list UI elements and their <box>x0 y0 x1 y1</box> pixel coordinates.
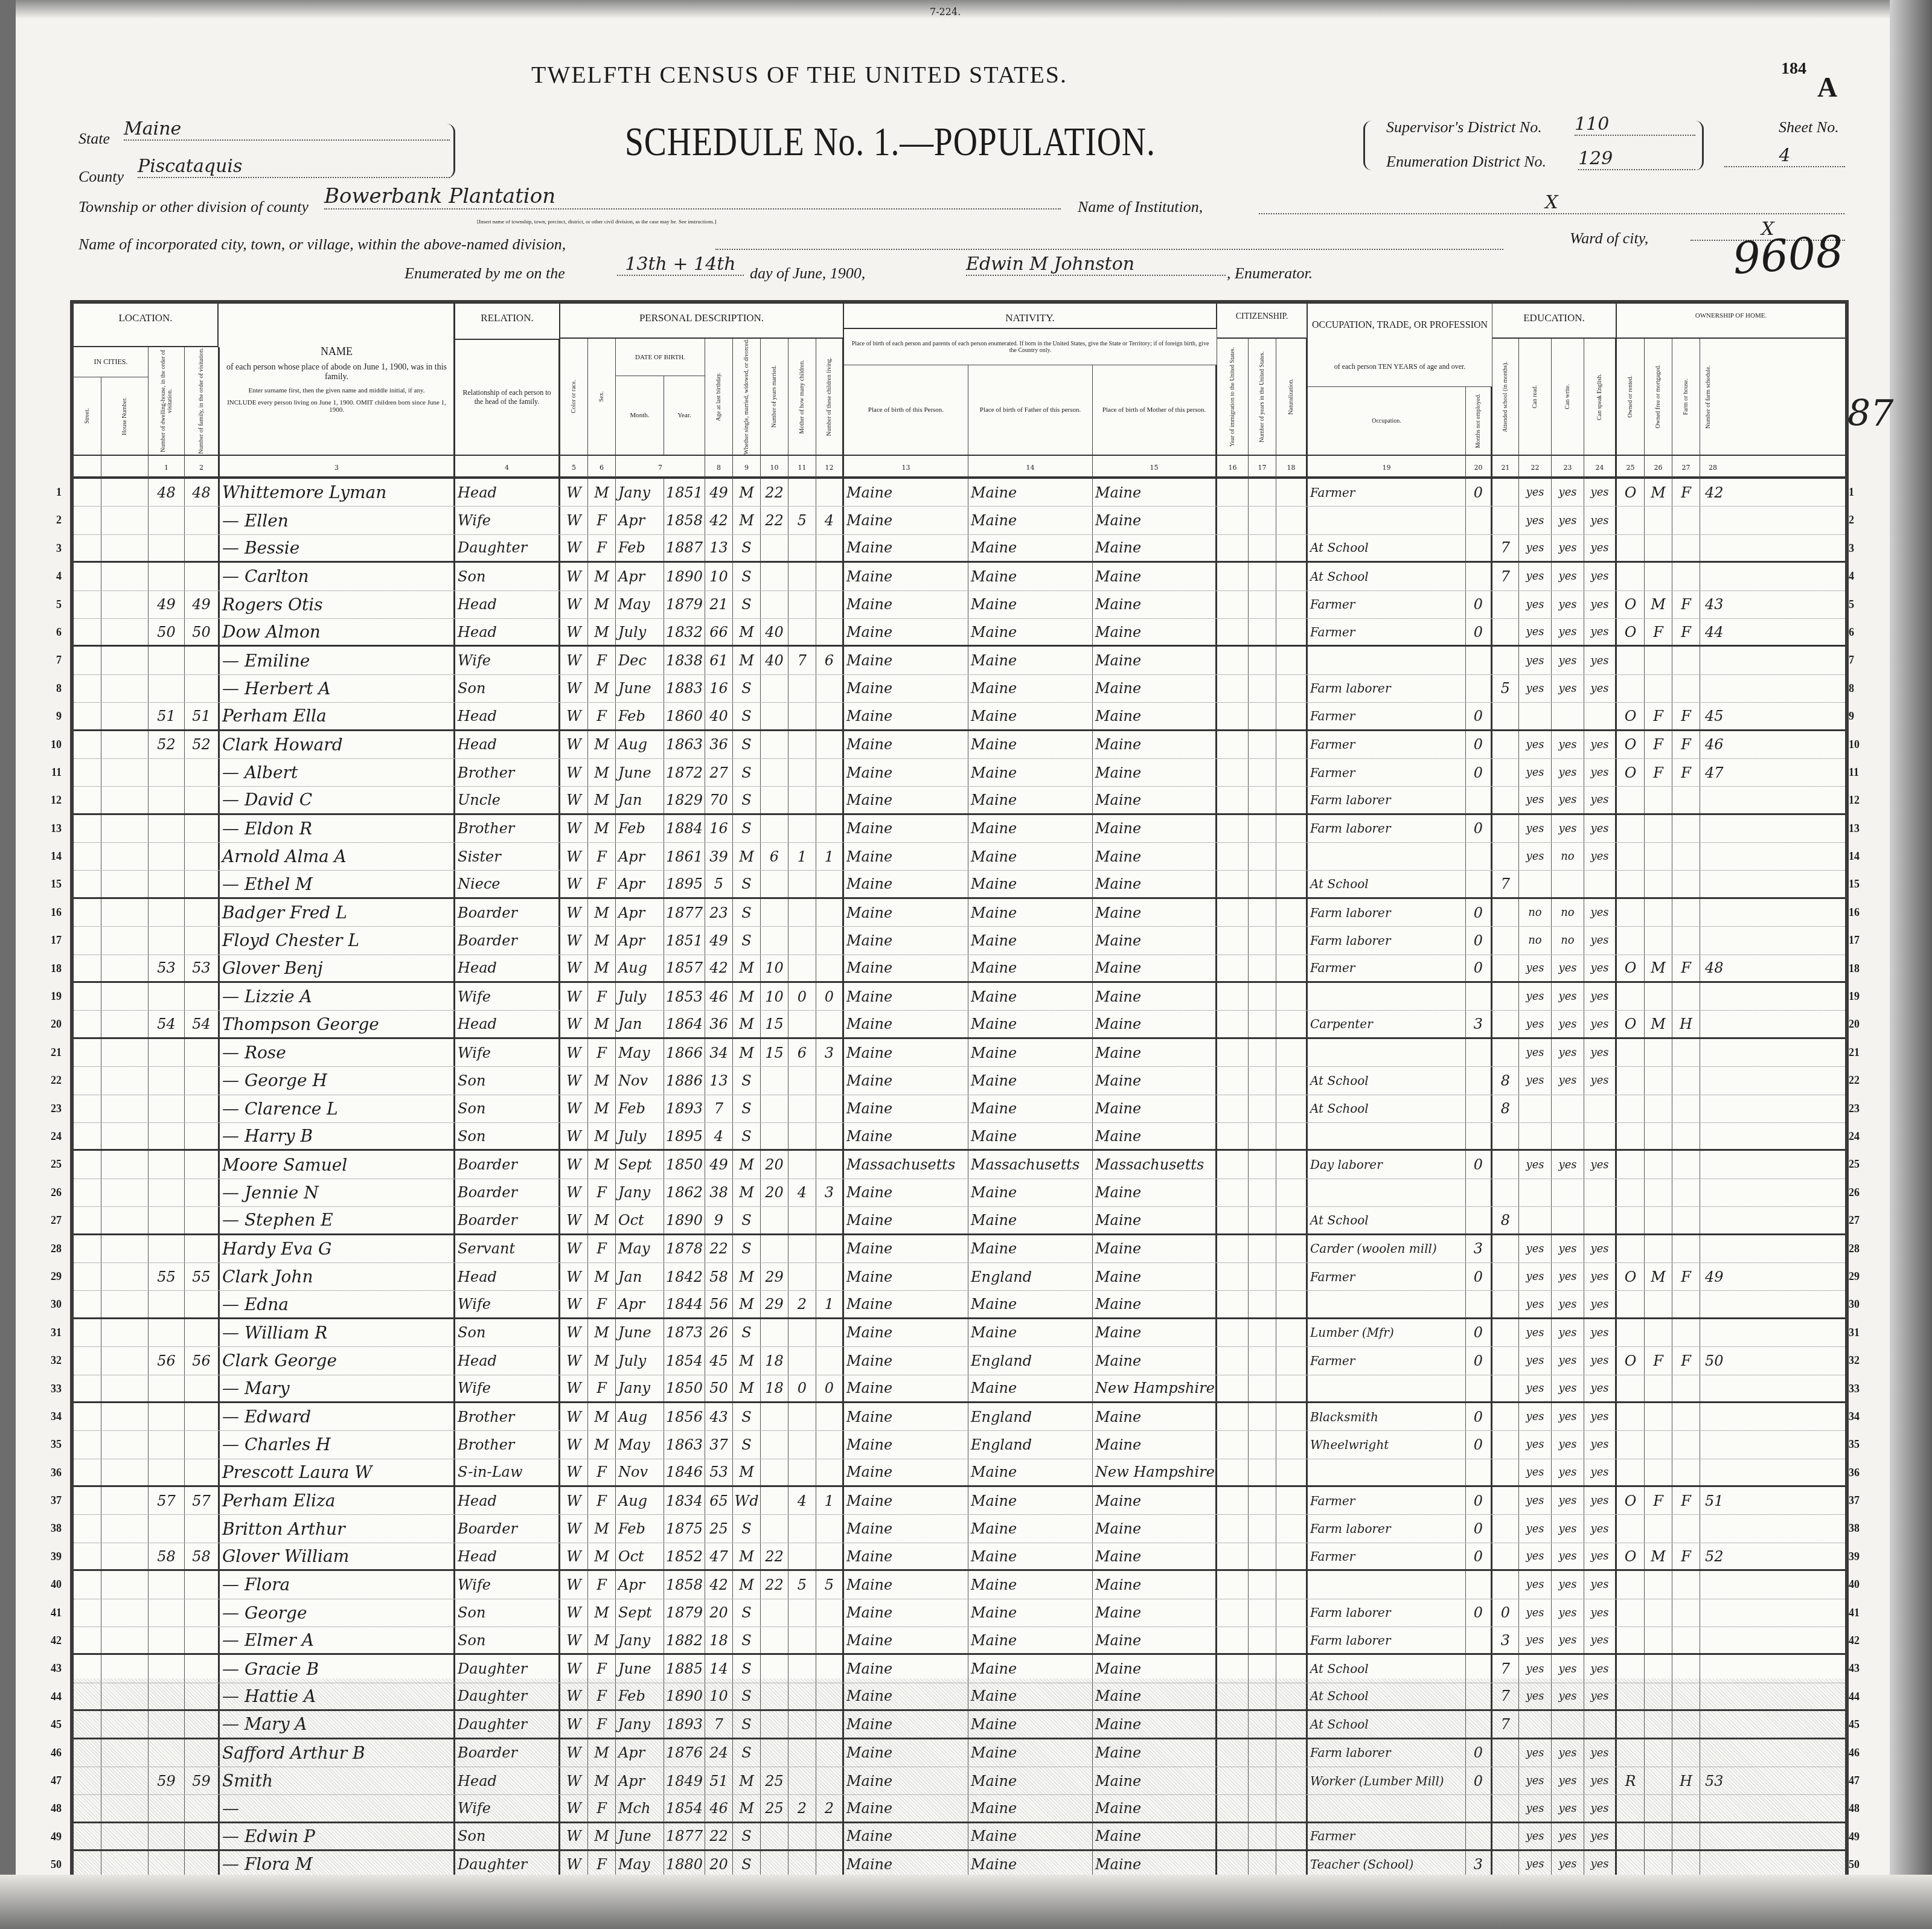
mother-of-cell: 7 <box>788 647 816 674</box>
line-number-left: 7 <box>37 654 62 667</box>
can-write-cell: yes <box>1552 1627 1584 1653</box>
birth-month-cell: Oct <box>616 1207 664 1233</box>
mother-of-cell <box>788 731 816 758</box>
occupation-cell: Farm laborer <box>1308 815 1466 842</box>
page-letter: A <box>1817 71 1837 103</box>
name-cell: — George H <box>220 1067 455 1094</box>
farm-house-cell <box>1672 1795 1700 1821</box>
birth-year-cell: 1851 <box>664 927 705 954</box>
immigration-cell <box>1217 1263 1249 1290</box>
owned-rented-cell <box>1617 1515 1645 1542</box>
line-number-right: 45 <box>1849 1718 1869 1731</box>
can-write-cell: yes <box>1552 591 1584 618</box>
age-cell: 22 <box>705 1823 733 1849</box>
can-speak-english-cell: yes <box>1584 1151 1617 1178</box>
can-write-cell: yes <box>1552 1739 1584 1767</box>
can-read-cell <box>1519 703 1552 729</box>
relation-cell: Wife <box>455 1039 560 1066</box>
naturalization-cell <box>1276 1235 1308 1262</box>
sex-cell: M <box>588 759 616 786</box>
house-number-cell <box>101 1515 149 1542</box>
mother-birthplace-cell: Maine <box>1093 759 1217 786</box>
unemployed-cell <box>1466 1711 1492 1737</box>
birthplace-cell: Maine <box>844 1599 968 1627</box>
free-mortgaged-cell: F <box>1645 759 1672 786</box>
school-cell <box>1492 1291 1519 1317</box>
mother-birthplace-cell: Maine <box>1093 647 1217 674</box>
mother-birthplace-cell: New Hampshire <box>1093 1459 1217 1485</box>
table-row: 5 49 49 Rogers Otis Head W M May 1879 21… <box>74 591 1845 619</box>
line-number-left: 42 <box>37 1634 62 1647</box>
name-cell: Glover William <box>220 1543 455 1569</box>
col-free-mortgaged: Owned free or mortgaged. <box>1655 365 1662 429</box>
name-cell: Glover Benj <box>220 955 455 981</box>
family-cell: 48 <box>185 479 220 506</box>
can-speak-english-cell <box>1584 1179 1617 1206</box>
immigration-cell <box>1217 535 1249 561</box>
colnum-8: 8 <box>705 455 733 479</box>
unemployed-cell <box>1466 843 1492 870</box>
can-read-cell: yes <box>1519 1795 1552 1821</box>
age-cell: 36 <box>705 731 733 758</box>
family-cell <box>185 1039 220 1066</box>
farm-schedule-cell <box>1700 1151 1845 1178</box>
mother-birthplace-cell: Maine <box>1093 675 1217 702</box>
birthplace-cell: Maine <box>844 1095 968 1122</box>
school-cell: 8 <box>1492 1207 1519 1233</box>
mother-of-cell: 5 <box>788 1571 816 1598</box>
father-birthplace-cell: Maine <box>968 1123 1093 1149</box>
age-cell: 10 <box>705 563 733 590</box>
owned-rented-cell <box>1617 535 1645 561</box>
occupation-cell: Farmer <box>1308 479 1466 506</box>
owned-rented-cell <box>1617 1095 1645 1122</box>
table-row: 24 — Harry B Son W M July 1895 4 S Maine… <box>74 1123 1845 1151</box>
farm-house-cell <box>1672 1067 1700 1094</box>
line-number-left: 24 <box>37 1130 62 1143</box>
name-cell: — Clarence L <box>220 1095 455 1122</box>
birthplace-cell: Maine <box>844 899 968 926</box>
race-cell: W <box>560 1683 588 1709</box>
county-field: Piscataquis <box>138 156 450 178</box>
name-cell: Clark John <box>220 1263 455 1290</box>
dwelling-cell <box>149 1319 185 1346</box>
children-living-cell <box>816 1263 844 1290</box>
occupation-cell <box>1308 507 1466 534</box>
race-cell: W <box>560 1291 588 1317</box>
mother-of-cell <box>788 1319 816 1346</box>
race-cell: W <box>560 1095 588 1122</box>
school-cell <box>1492 1039 1519 1066</box>
relation-cell: Brother <box>455 759 560 786</box>
free-mortgaged-cell <box>1645 1851 1672 1877</box>
relation-cell: Boarder <box>455 1739 560 1767</box>
father-birthplace-cell: Maine <box>968 1095 1093 1122</box>
years-us-cell <box>1249 675 1276 702</box>
children-living-cell: 3 <box>816 1179 844 1206</box>
can-read-cell: yes <box>1519 1459 1552 1485</box>
birth-year-cell: 1873 <box>664 1319 705 1346</box>
street-cell <box>74 1711 101 1737</box>
farm-schedule-cell <box>1700 1627 1845 1653</box>
farm-house-cell <box>1672 1123 1700 1149</box>
years-us-cell <box>1249 731 1276 758</box>
owned-rented-cell <box>1617 787 1645 813</box>
family-cell: 51 <box>185 703 220 729</box>
relation-cell: Head <box>455 1011 560 1037</box>
free-mortgaged-cell <box>1645 1039 1672 1066</box>
unemployed-cell <box>1466 983 1492 1010</box>
mother-birthplace-cell: Maine <box>1093 1655 1217 1682</box>
city-label: Name of incorporated city, town, or vill… <box>78 235 566 254</box>
unemployed-cell: 0 <box>1466 1319 1492 1346</box>
occupation-cell: Carder (woolen mill) <box>1308 1235 1466 1262</box>
owned-rented-cell <box>1617 1851 1645 1877</box>
col-naturalization: Naturalization. <box>1288 379 1294 415</box>
line-number-right: 10 <box>1849 738 1869 751</box>
line-number-left: 23 <box>37 1102 62 1115</box>
relation-cell: Daughter <box>455 535 560 561</box>
dwelling-cell <box>149 1851 185 1877</box>
mother-birthplace-cell: Maine <box>1093 927 1217 954</box>
naturalization-cell <box>1276 563 1308 590</box>
relation-cell: Brother <box>455 1431 560 1458</box>
father-birthplace-cell: Maine <box>968 1487 1093 1514</box>
mother-of-cell <box>788 927 816 954</box>
owned-rented-cell: O <box>1617 619 1645 645</box>
can-write-cell: yes <box>1552 1599 1584 1627</box>
family-cell <box>185 815 220 842</box>
farm-house-cell <box>1672 1151 1700 1178</box>
family-cell <box>185 1375 220 1401</box>
line-number-left: 31 <box>37 1326 62 1339</box>
table-row: 27 — Stephen E Boarder W M Oct 1890 9 S … <box>74 1207 1845 1235</box>
colnum-12: 12 <box>816 455 844 479</box>
race-cell: W <box>560 787 588 813</box>
colnum-18: 18 <box>1276 455 1308 479</box>
mother-birthplace-cell: Maine <box>1093 703 1217 729</box>
years-married-cell <box>761 1319 788 1346</box>
father-birthplace-cell: Maine <box>968 1291 1093 1317</box>
mother-birthplace-cell: Maine <box>1093 1543 1217 1569</box>
can-read-cell: yes <box>1519 1291 1552 1317</box>
family-cell <box>185 675 220 702</box>
free-mortgaged-cell <box>1645 1151 1672 1178</box>
years-married-cell: 10 <box>761 955 788 981</box>
years-us-cell <box>1249 1767 1276 1794</box>
free-mortgaged-cell <box>1645 1095 1672 1122</box>
occupation-cell: Farm laborer <box>1308 1627 1466 1653</box>
naturalization-cell <box>1276 1683 1308 1709</box>
mother-birthplace-cell: Maine <box>1093 1235 1217 1262</box>
relation-cell: Brother <box>455 815 560 842</box>
years-us-cell <box>1249 1599 1276 1627</box>
age-cell: 46 <box>705 983 733 1010</box>
years-us-cell <box>1249 1711 1276 1737</box>
farm-schedule-cell <box>1700 1039 1845 1066</box>
owned-rented-cell: O <box>1617 591 1645 618</box>
school-cell: 7 <box>1492 871 1519 897</box>
ward-label: Ward of city, <box>1570 229 1648 248</box>
can-speak-english-cell: yes <box>1584 787 1617 813</box>
free-mortgaged-cell <box>1645 815 1672 842</box>
school-cell <box>1492 1515 1519 1542</box>
occupation-cell: At School <box>1308 1095 1466 1122</box>
birth-month-cell: Apr <box>616 927 664 954</box>
mother-birthplace-cell: Maine <box>1093 1851 1217 1877</box>
birth-month-cell: Jany <box>616 1179 664 1206</box>
unemployed-cell <box>1466 1291 1492 1317</box>
occupation-cell <box>1308 1571 1466 1598</box>
age-cell: 26 <box>705 1319 733 1346</box>
marital-cell: S <box>733 1067 761 1094</box>
free-mortgaged-cell <box>1645 1403 1672 1430</box>
owned-rented-cell: O <box>1617 759 1645 786</box>
farm-schedule-cell: 51 <box>1700 1487 1845 1514</box>
father-birthplace-cell: Maine <box>968 507 1093 534</box>
table-row: 41 — George Son W M Sept 1879 20 S Maine… <box>74 1599 1845 1627</box>
age-cell: 16 <box>705 675 733 702</box>
can-write-cell: yes <box>1552 1291 1584 1317</box>
birth-year-cell: 1858 <box>664 1571 705 1598</box>
house-number-cell <box>101 1039 149 1066</box>
immigration-cell <box>1217 843 1249 870</box>
house-number-cell <box>101 1683 149 1709</box>
can-read-cell: yes <box>1519 479 1552 506</box>
sex-cell: F <box>588 871 616 897</box>
marital-cell: S <box>733 675 761 702</box>
dwelling-cell: 52 <box>149 731 185 758</box>
table-row: 7 — Emiline Wife W F Dec 1838 61 M 40 7 … <box>74 647 1845 674</box>
sex-cell: F <box>588 703 616 729</box>
sex-cell: M <box>588 675 616 702</box>
can-speak-english-cell: yes <box>1584 1767 1617 1794</box>
marital-cell: S <box>733 1123 761 1149</box>
occupation-cell: At School <box>1308 1067 1466 1094</box>
can-speak-english-cell: yes <box>1584 563 1617 590</box>
marital-cell: S <box>733 1683 761 1709</box>
children-living-cell <box>816 1347 844 1374</box>
street-cell <box>74 927 101 954</box>
immigration-cell <box>1217 1123 1249 1149</box>
race-cell: W <box>560 1627 588 1653</box>
mother-of-cell <box>788 675 816 702</box>
birth-year-cell: 1842 <box>664 1263 705 1290</box>
street-cell <box>74 1599 101 1627</box>
immigration-cell <box>1217 1319 1249 1346</box>
school-cell: 8 <box>1492 1067 1519 1094</box>
col-months-unemployed: Months not employed. <box>1475 394 1482 448</box>
school-cell <box>1492 1459 1519 1485</box>
marital-cell: S <box>733 871 761 897</box>
age-cell: 38 <box>705 1179 733 1206</box>
farm-schedule-cell <box>1700 1459 1845 1485</box>
mother-birthplace-cell: Maine <box>1093 1515 1217 1542</box>
line-number-right: 37 <box>1849 1494 1869 1507</box>
unemployed-cell: 0 <box>1466 1151 1492 1178</box>
house-number-cell <box>101 563 149 590</box>
can-speak-english-cell: yes <box>1584 731 1617 758</box>
line-number-left: 2 <box>37 514 62 526</box>
relation-cell: Head <box>455 1347 560 1374</box>
years-married-cell <box>761 1459 788 1485</box>
birthplace-cell: Maine <box>844 871 968 897</box>
relation-cell: Daughter <box>455 1851 560 1877</box>
school-cell <box>1492 1319 1519 1346</box>
children-living-cell <box>816 479 844 506</box>
can-read-cell: yes <box>1519 1039 1552 1066</box>
children-living-cell <box>816 1515 844 1542</box>
children-living-cell: 1 <box>816 1291 844 1317</box>
can-write-cell: yes <box>1552 1067 1584 1094</box>
owned-rented-cell: R <box>1617 1767 1645 1794</box>
age-cell: 65 <box>705 1487 733 1514</box>
farm-schedule-cell <box>1700 1319 1845 1346</box>
marital-cell: S <box>733 563 761 590</box>
age-cell: 37 <box>705 1431 733 1458</box>
table-row: 4 — Carlton Son W M Apr 1890 10 S Maine … <box>74 563 1845 590</box>
farm-house-cell <box>1672 1095 1700 1122</box>
name-cell: Perham Ella <box>220 703 455 729</box>
years-married-cell: 20 <box>761 1179 788 1206</box>
free-mortgaged-cell <box>1645 927 1672 954</box>
owned-rented-cell <box>1617 1711 1645 1737</box>
children-living-cell <box>816 1627 844 1653</box>
sex-cell: M <box>588 1151 616 1178</box>
children-living-cell: 1 <box>816 1487 844 1514</box>
can-write-cell: yes <box>1552 563 1584 590</box>
birth-month-cell: June <box>616 759 664 786</box>
children-living-cell <box>816 563 844 590</box>
race-cell: W <box>560 1655 588 1682</box>
father-birthplace-cell: Maine <box>968 619 1093 645</box>
farm-house-cell <box>1672 1851 1700 1877</box>
can-read-cell: yes <box>1519 647 1552 674</box>
name-cell: — Bessie <box>220 535 455 561</box>
occupation-cell <box>1308 1459 1466 1485</box>
birth-month-cell: July <box>616 1123 664 1149</box>
street-cell <box>74 1347 101 1374</box>
farm-schedule-cell: 52 <box>1700 1543 1845 1569</box>
line-number-left: 4 <box>37 570 62 583</box>
years-married-cell <box>761 1235 788 1262</box>
naturalization-cell <box>1276 871 1308 897</box>
years-us-cell <box>1249 535 1276 561</box>
occupation-cell: Teacher (School) <box>1308 1851 1466 1877</box>
immigration-cell <box>1217 1347 1249 1374</box>
can-speak-english-cell <box>1584 1123 1617 1149</box>
farm-house-cell <box>1672 815 1700 842</box>
birth-month-cell: Aug <box>616 955 664 981</box>
owned-rented-cell <box>1617 1039 1645 1066</box>
school-cell <box>1492 955 1519 981</box>
marital-cell: S <box>733 1207 761 1233</box>
can-write-cell: no <box>1552 927 1584 954</box>
free-mortgaged-cell <box>1645 899 1672 926</box>
birthplace-cell: Maine <box>844 1543 968 1569</box>
street-cell <box>74 1515 101 1542</box>
years-us-cell <box>1249 1067 1276 1094</box>
sex-cell: M <box>588 563 616 590</box>
years-us-cell <box>1249 927 1276 954</box>
race-cell: W <box>560 815 588 842</box>
relation-cell: Wife <box>455 1291 560 1317</box>
house-number-cell <box>101 1095 149 1122</box>
years-married-cell: 22 <box>761 479 788 506</box>
mother-birthplace-cell: Maine <box>1093 619 1217 645</box>
line-number-right: 5 <box>1849 598 1869 611</box>
can-read-cell: yes <box>1519 1431 1552 1458</box>
father-birthplace-cell: Maine <box>968 1543 1093 1569</box>
name-cell: Clark George <box>220 1347 455 1374</box>
occupation-cell: Farm laborer <box>1308 787 1466 813</box>
sex-cell: F <box>588 1291 616 1317</box>
age-cell: 20 <box>705 1599 733 1627</box>
street-cell <box>74 731 101 758</box>
naturalization-cell <box>1276 535 1308 561</box>
name-cell: Perham Eliza <box>220 1487 455 1514</box>
farm-schedule-cell: 46 <box>1700 731 1845 758</box>
mother-of-cell: 6 <box>788 1039 816 1066</box>
years-married-cell: 10 <box>761 983 788 1010</box>
street-cell <box>74 1627 101 1653</box>
mother-of-cell <box>788 1347 816 1374</box>
race-cell: W <box>560 619 588 645</box>
birth-year-cell: 1853 <box>664 983 705 1010</box>
can-speak-english-cell: yes <box>1584 1739 1617 1767</box>
years-married-cell <box>761 1599 788 1627</box>
immigration-cell <box>1217 1431 1249 1458</box>
years-us-cell <box>1249 955 1276 981</box>
birthplace-cell: Maine <box>844 983 968 1010</box>
mother-of-cell <box>788 1403 816 1430</box>
name-cell: Whittemore Lyman <box>220 479 455 506</box>
marital-cell: M <box>733 479 761 506</box>
dwelling-cell <box>149 1599 185 1627</box>
name-cell: Rogers Otis <box>220 591 455 618</box>
birth-year-cell: 1860 <box>664 703 705 729</box>
naturalization-cell <box>1276 1851 1308 1877</box>
father-birthplace-cell: Maine <box>968 675 1093 702</box>
can-write-cell: no <box>1552 899 1584 926</box>
family-cell <box>185 899 220 926</box>
free-mortgaged-cell <box>1645 1795 1672 1821</box>
mother-of-cell <box>788 1123 816 1149</box>
can-write-cell <box>1552 1123 1584 1149</box>
school-cell <box>1492 1487 1519 1514</box>
house-number-cell <box>101 955 149 981</box>
can-speak-english-cell: yes <box>1584 1375 1617 1401</box>
children-living-cell <box>816 899 844 926</box>
birthplace-cell: Maine <box>844 591 968 618</box>
marital-cell: M <box>733 1543 761 1569</box>
farm-house-cell <box>1672 1683 1700 1709</box>
father-birthplace-cell: Maine <box>968 1571 1093 1598</box>
col-attended-school: Attended school (in months). <box>1502 362 1509 432</box>
birth-month-cell: Feb <box>616 1683 664 1709</box>
house-number-cell <box>101 1627 149 1653</box>
marital-cell: S <box>733 703 761 729</box>
house-number-cell <box>101 535 149 561</box>
birth-year-cell: 1850 <box>664 1151 705 1178</box>
years-us-cell <box>1249 647 1276 674</box>
can-read-cell: yes <box>1519 1543 1552 1569</box>
street-cell <box>74 843 101 870</box>
mother-of-cell <box>788 1151 816 1178</box>
can-read-cell <box>1519 1123 1552 1149</box>
father-birthplace-cell: Maine <box>968 1795 1093 1821</box>
mother-birthplace-cell: Maine <box>1093 1123 1217 1149</box>
